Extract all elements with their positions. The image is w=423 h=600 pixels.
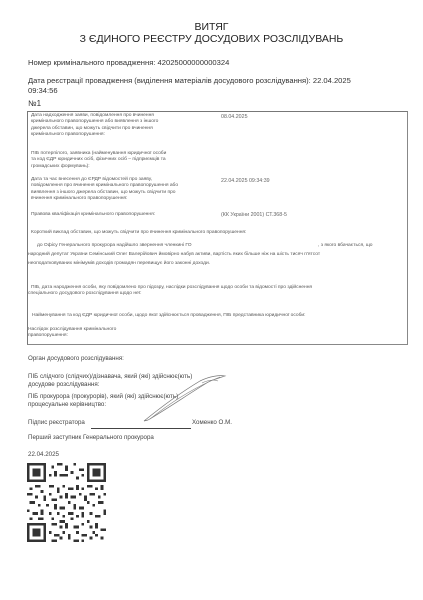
legal-qualification-value: (КК України 2001) СТ.368-5 xyxy=(221,212,287,218)
document-date: 22.04.2025 xyxy=(28,451,59,459)
registration-time: 09:34:56 xyxy=(28,86,58,95)
label-line: громадських формувань): xyxy=(31,164,231,170)
case-number: Номер кримінального провадження: 4202500… xyxy=(28,58,229,67)
entry-date-label: Дата та час внесення до ЄРДР відомостей … xyxy=(31,177,231,202)
record-box xyxy=(27,111,408,345)
summary-line-3: неоподатковуваних мінімумів доходів гром… xyxy=(28,261,210,267)
summary-line-1: до Офісу Генерального прокурора надійшло… xyxy=(37,243,192,249)
summary-line-2: народний депутат України Семінський Олег… xyxy=(28,252,408,258)
victim-label: ПІБ потерпілого, заявника (найменування … xyxy=(31,151,231,170)
summary-line-1-end: , з якого вбачається, що xyxy=(318,243,373,249)
label-line: кримінального правопорушення: xyxy=(31,132,221,138)
result-label: Наслідок розслідування кримінального пра… xyxy=(28,327,116,340)
legal-entity-label: Найменування та код ЄДР юридичної особи,… xyxy=(32,313,306,319)
document-title: ВИТЯГ xyxy=(0,21,423,33)
summary-label: Короткий виклад обставин, що можуть свід… xyxy=(31,230,246,236)
handwritten-signature-icon xyxy=(140,373,230,423)
qr-code-icon xyxy=(27,462,106,543)
label-line: спеціального досудового розслідування що… xyxy=(28,291,312,297)
receipt-date-value: 08.04.2025 xyxy=(221,114,248,120)
receipt-date-label: Дата надходження заяви, повідомлення про… xyxy=(31,113,221,138)
investigation-body-label: Орган досудового розслідування: xyxy=(28,355,124,363)
registrar-signature-label: Підпис реєстратора xyxy=(28,419,85,427)
label-line: вчинення кримінального правопорушення: xyxy=(31,196,231,202)
entry-date-value: 22.04.2025 09:34:39 xyxy=(221,178,270,184)
legal-qualification-label: Правова кваліфікація кримінального право… xyxy=(31,212,155,218)
registrar-position: Перший заступник Генерального прокурора xyxy=(28,434,154,442)
document-subtitle: З ЄДИНОГО РЕЄСТРУ ДОСУДОВИХ РОЗСЛІДУВАНЬ xyxy=(0,33,423,45)
record-number: №1 xyxy=(28,99,41,108)
suspect-label: ПІБ, дата народження особи, яку повідомл… xyxy=(31,285,312,298)
label-line: правопорушення: xyxy=(28,333,116,339)
registration-date: Дата реєстрації провадження (виділення м… xyxy=(28,76,351,85)
